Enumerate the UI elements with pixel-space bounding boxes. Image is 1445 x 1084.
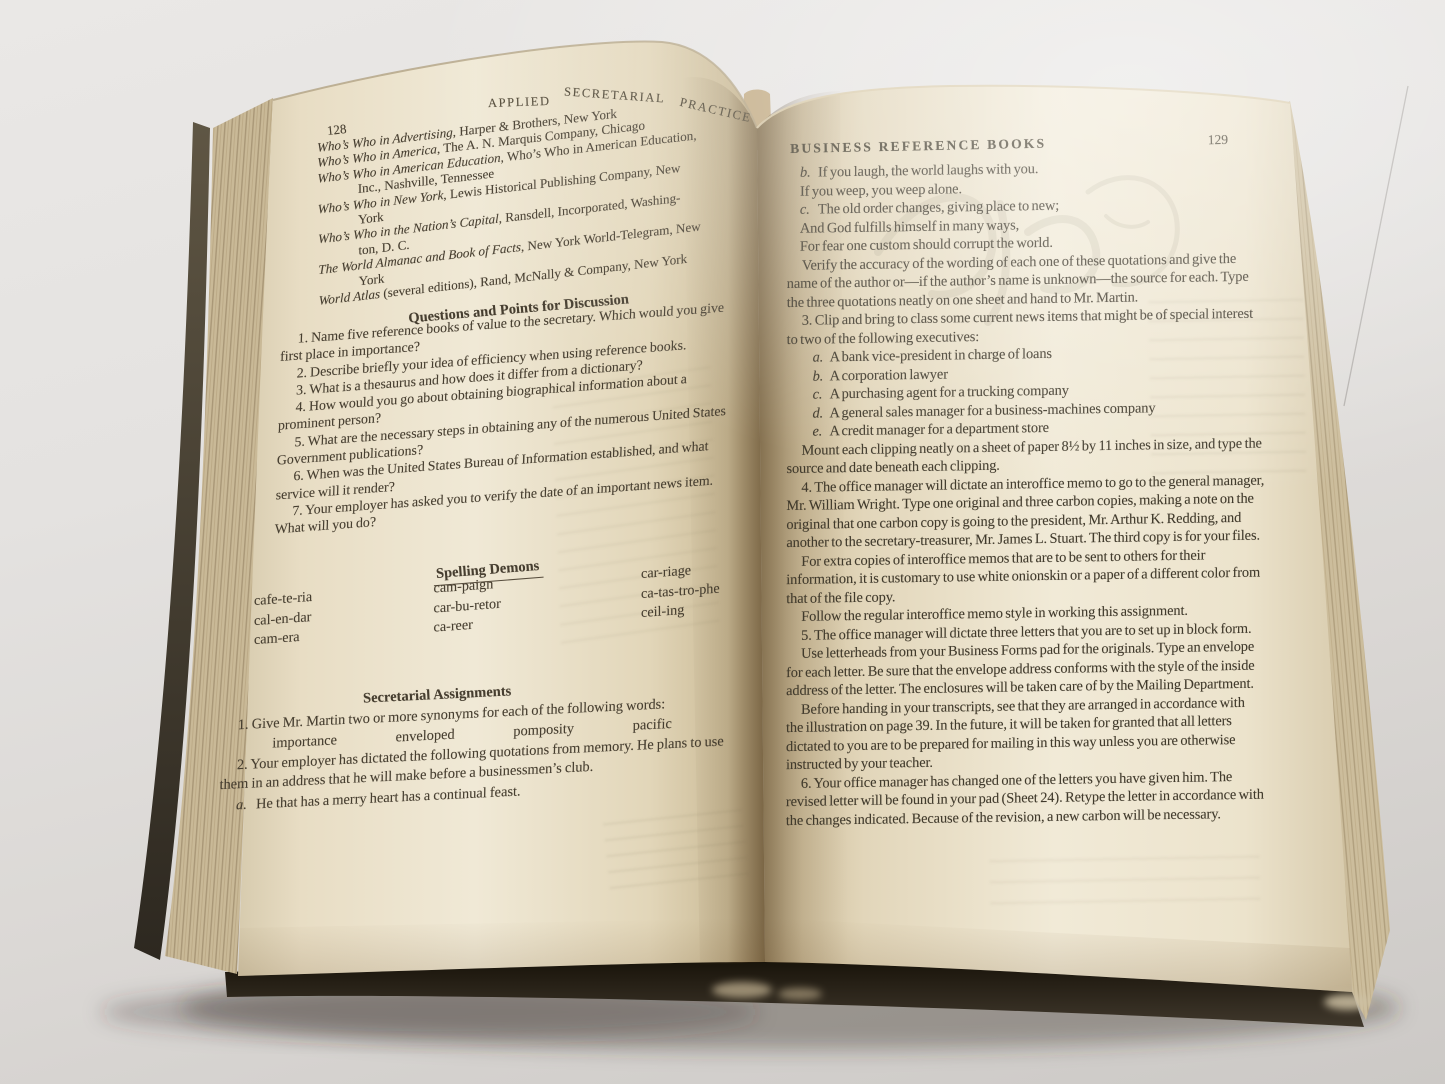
list-letter: d. [813,404,830,423]
surface-scratch [1344,86,1408,406]
paragraph-extra-copies: For extra copies of interoffice memos th… [786,545,1264,608]
discussion-questions: 1. Name five reference books of value to… [274,297,741,538]
synonym-word: importance [272,731,337,753]
quotation-c: c.The old order changes, giving place to… [787,193,1265,256]
synonym-word: enveloped [395,725,454,747]
quotation-letter: a. [236,796,256,816]
assignment-item-4: 4. The office manager will dictate an in… [786,471,1264,553]
page-number-right: 129 [1208,132,1229,148]
list-letter: a. [813,348,830,367]
synonym-word: pacific [633,715,672,736]
list-text: A corporation lawyer [830,366,948,384]
list-letter: e. [813,422,830,441]
list-text: A bank vice-president in charge of loans [830,346,1052,365]
list-text: A purchasing agent for a trucking compan… [830,383,1069,403]
book-photo: APPLIED SECRETARIAL PRACTICE 128 Who’s W… [0,0,1445,1084]
paragraph-before-handing-in: Before handing in your transcripts, see … [786,693,1264,775]
right-page-text: b.If you laugh, the world laughs with yo… [786,156,1265,830]
paragraph-letterheads: Use letterheads from your Business Forms… [786,638,1264,701]
quotation-text: The old order changes, giving place to n… [818,198,1059,218]
list-text: A credit manager for a department store [830,420,1049,439]
assignment-item-6: 6. Your office manager has changed one o… [786,767,1264,830]
list-letter: c. [813,385,830,404]
quotation-letter: b. [800,164,818,183]
running-head-word: APPLIED [488,94,551,111]
synonym-word: pomposity [513,719,574,741]
quotation-letter: c. [800,201,818,220]
list-text: A general sales manager for a business-m… [830,400,1156,421]
list-letter: b. [813,367,830,386]
paragraph-verify: Verify the accuracy of the wording of ea… [787,249,1265,312]
quotation-text: If you laugh, the world laughs with you. [818,161,1038,180]
